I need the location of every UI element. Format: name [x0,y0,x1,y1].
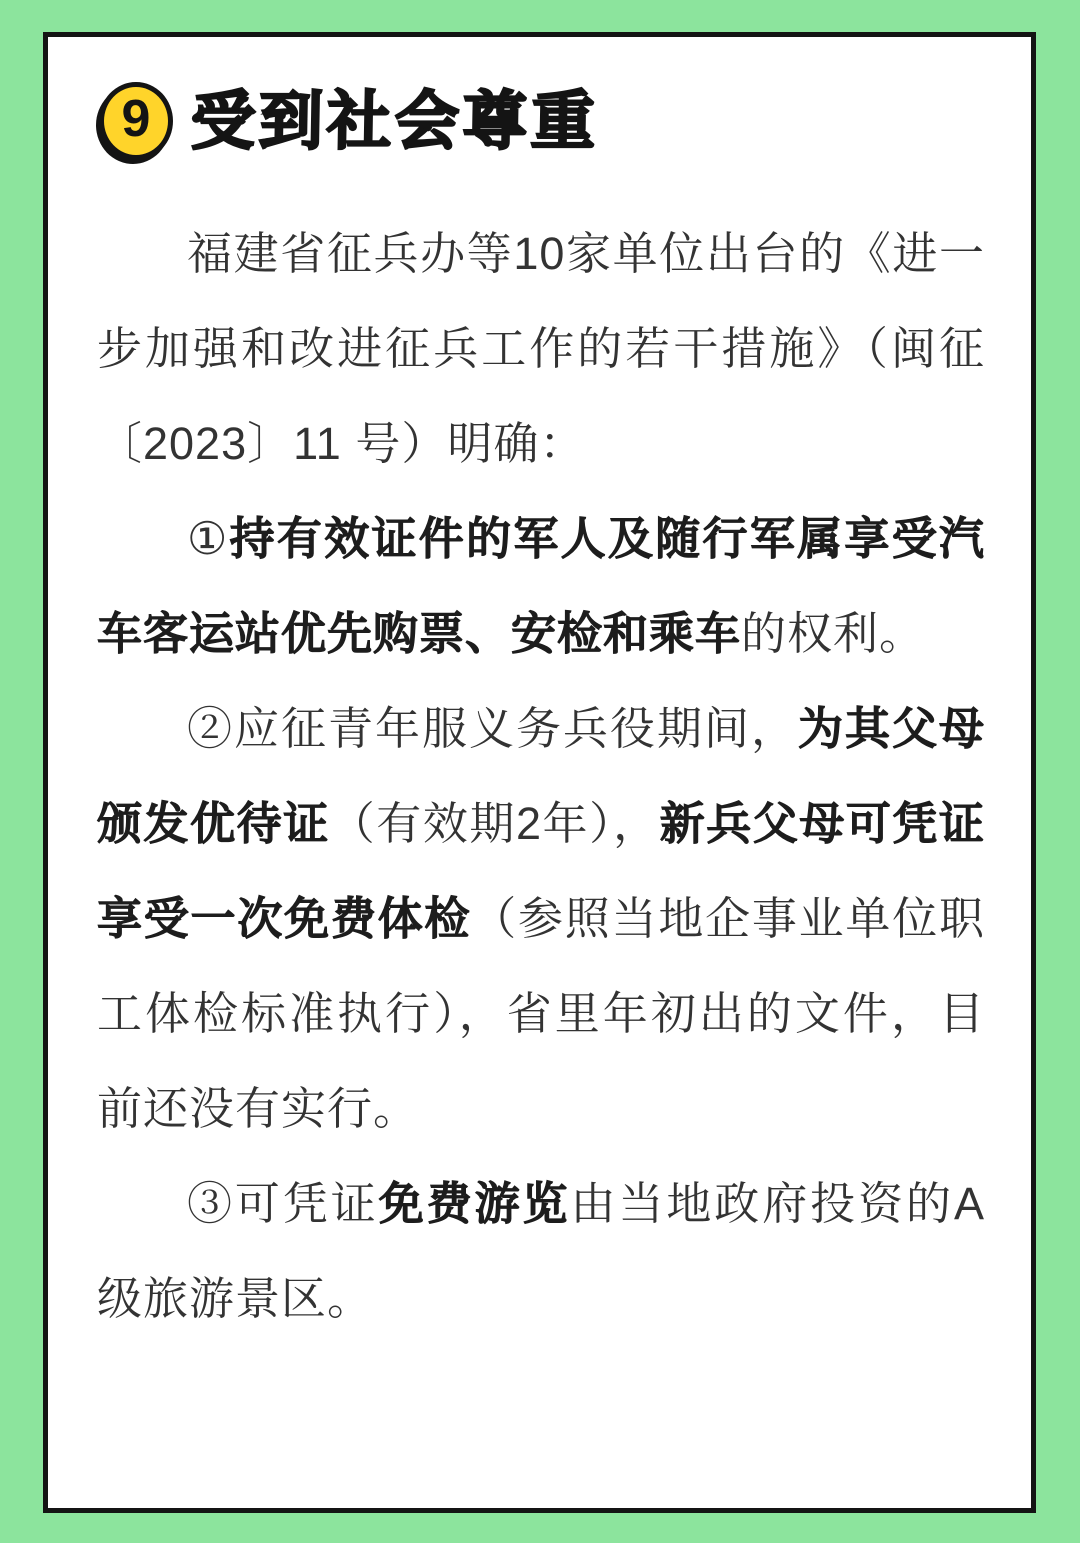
article-body: 福建省征兵办等10家单位出台的《进一步加强和改进征兵工作的若干措施》（闽征〔20… [97,206,985,1346]
body-text: 福建省征兵办等10家单位出台的《进一步加强和改进征兵工作的若干措施》（闽征〔20… [97,228,985,469]
paragraph: ③可凭证免费游览由当地政府投资的A 级旅游景区。 [97,1156,985,1346]
body-text: ① [187,513,230,564]
paragraph: ②应征青年服义务兵役期间，为其父母颁发优待证（有效期2年），新兵父母可凭证享受一… [97,681,985,1156]
paragraph: ①持有效证件的军人及随行军属享受汽车客运站优先购票、安检和乘车的权利。 [97,491,985,681]
body-text: 的权利。 [741,608,925,659]
section-number-badge: 9 [99,82,173,160]
section-number: 9 [122,93,151,145]
section-title: 受到社会尊重 [190,86,599,156]
green-frame: 9 受到社会尊重 福建省征兵办等10家单位出台的《进一步加强和改进征兵工作的若干… [0,0,1080,1543]
body-text: （有效期2年）， [330,798,660,849]
emphasis-text: 免费游览 [379,1178,571,1229]
paragraph: 福建省征兵办等10家单位出台的《进一步加强和改进征兵工作的若干措施》（闽征〔20… [97,206,985,491]
body-text: ②应征青年服义务兵役期间， [187,703,798,754]
content-card: 9 受到社会尊重 福建省征兵办等10家单位出台的《进一步加强和改进征兵工作的若干… [43,32,1036,1513]
section-header: 9 受到社会尊重 [99,82,985,160]
body-text: ③可凭证 [187,1178,379,1229]
